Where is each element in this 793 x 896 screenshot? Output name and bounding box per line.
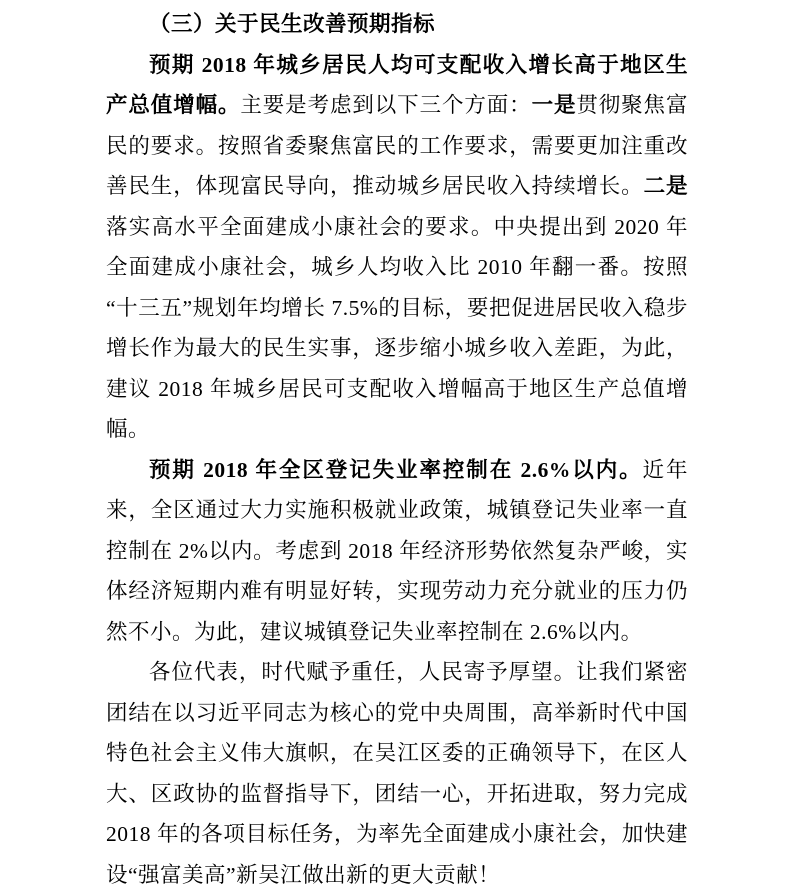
text-run: 近年来，全区通过大力实施积极就业政策，城镇登记失业率一直控制在 2%以内。考虑到…: [106, 458, 688, 644]
document-body: 预期 2018 年城乡居民人均可支配收入增长高于地区生产总值增幅。主要是考虑到以…: [106, 45, 688, 896]
text-run: 落实高水平全面建成小康社会的要求。中央提出到 2020 年全面建成小康社会，城乡…: [106, 215, 688, 442]
paragraph: 预期 2018 年全区登记失业率控制在 2.6%以内。近年来，全区通过大力实施积…: [106, 450, 688, 653]
paragraph: 预期 2018 年城乡居民人均可支配收入增长高于地区生产总值增幅。主要是考虑到以…: [106, 45, 688, 450]
section-heading: （三）关于民生改善预期指标: [106, 4, 688, 45]
bold-text-run: 二是: [644, 174, 688, 198]
bold-text-run: 预期 2018 年全区登记失业率控制在 2.6%以内。: [149, 458, 643, 482]
text-run: 主要是考虑到以下三个方面：: [240, 93, 531, 117]
bold-text-run: 一是: [532, 93, 577, 117]
paragraph: 各位代表，时代赋予重任，人民寄予厚望。让我们紧密团结在以习近平同志为核心的党中央…: [106, 652, 688, 895]
document-page: （三）关于民生改善预期指标 预期 2018 年城乡居民人均可支配收入增长高于地区…: [0, 0, 793, 896]
text-run: 各位代表，时代赋予重任，人民寄予厚望。让我们紧密团结在以习近平同志为核心的党中央…: [106, 660, 688, 887]
